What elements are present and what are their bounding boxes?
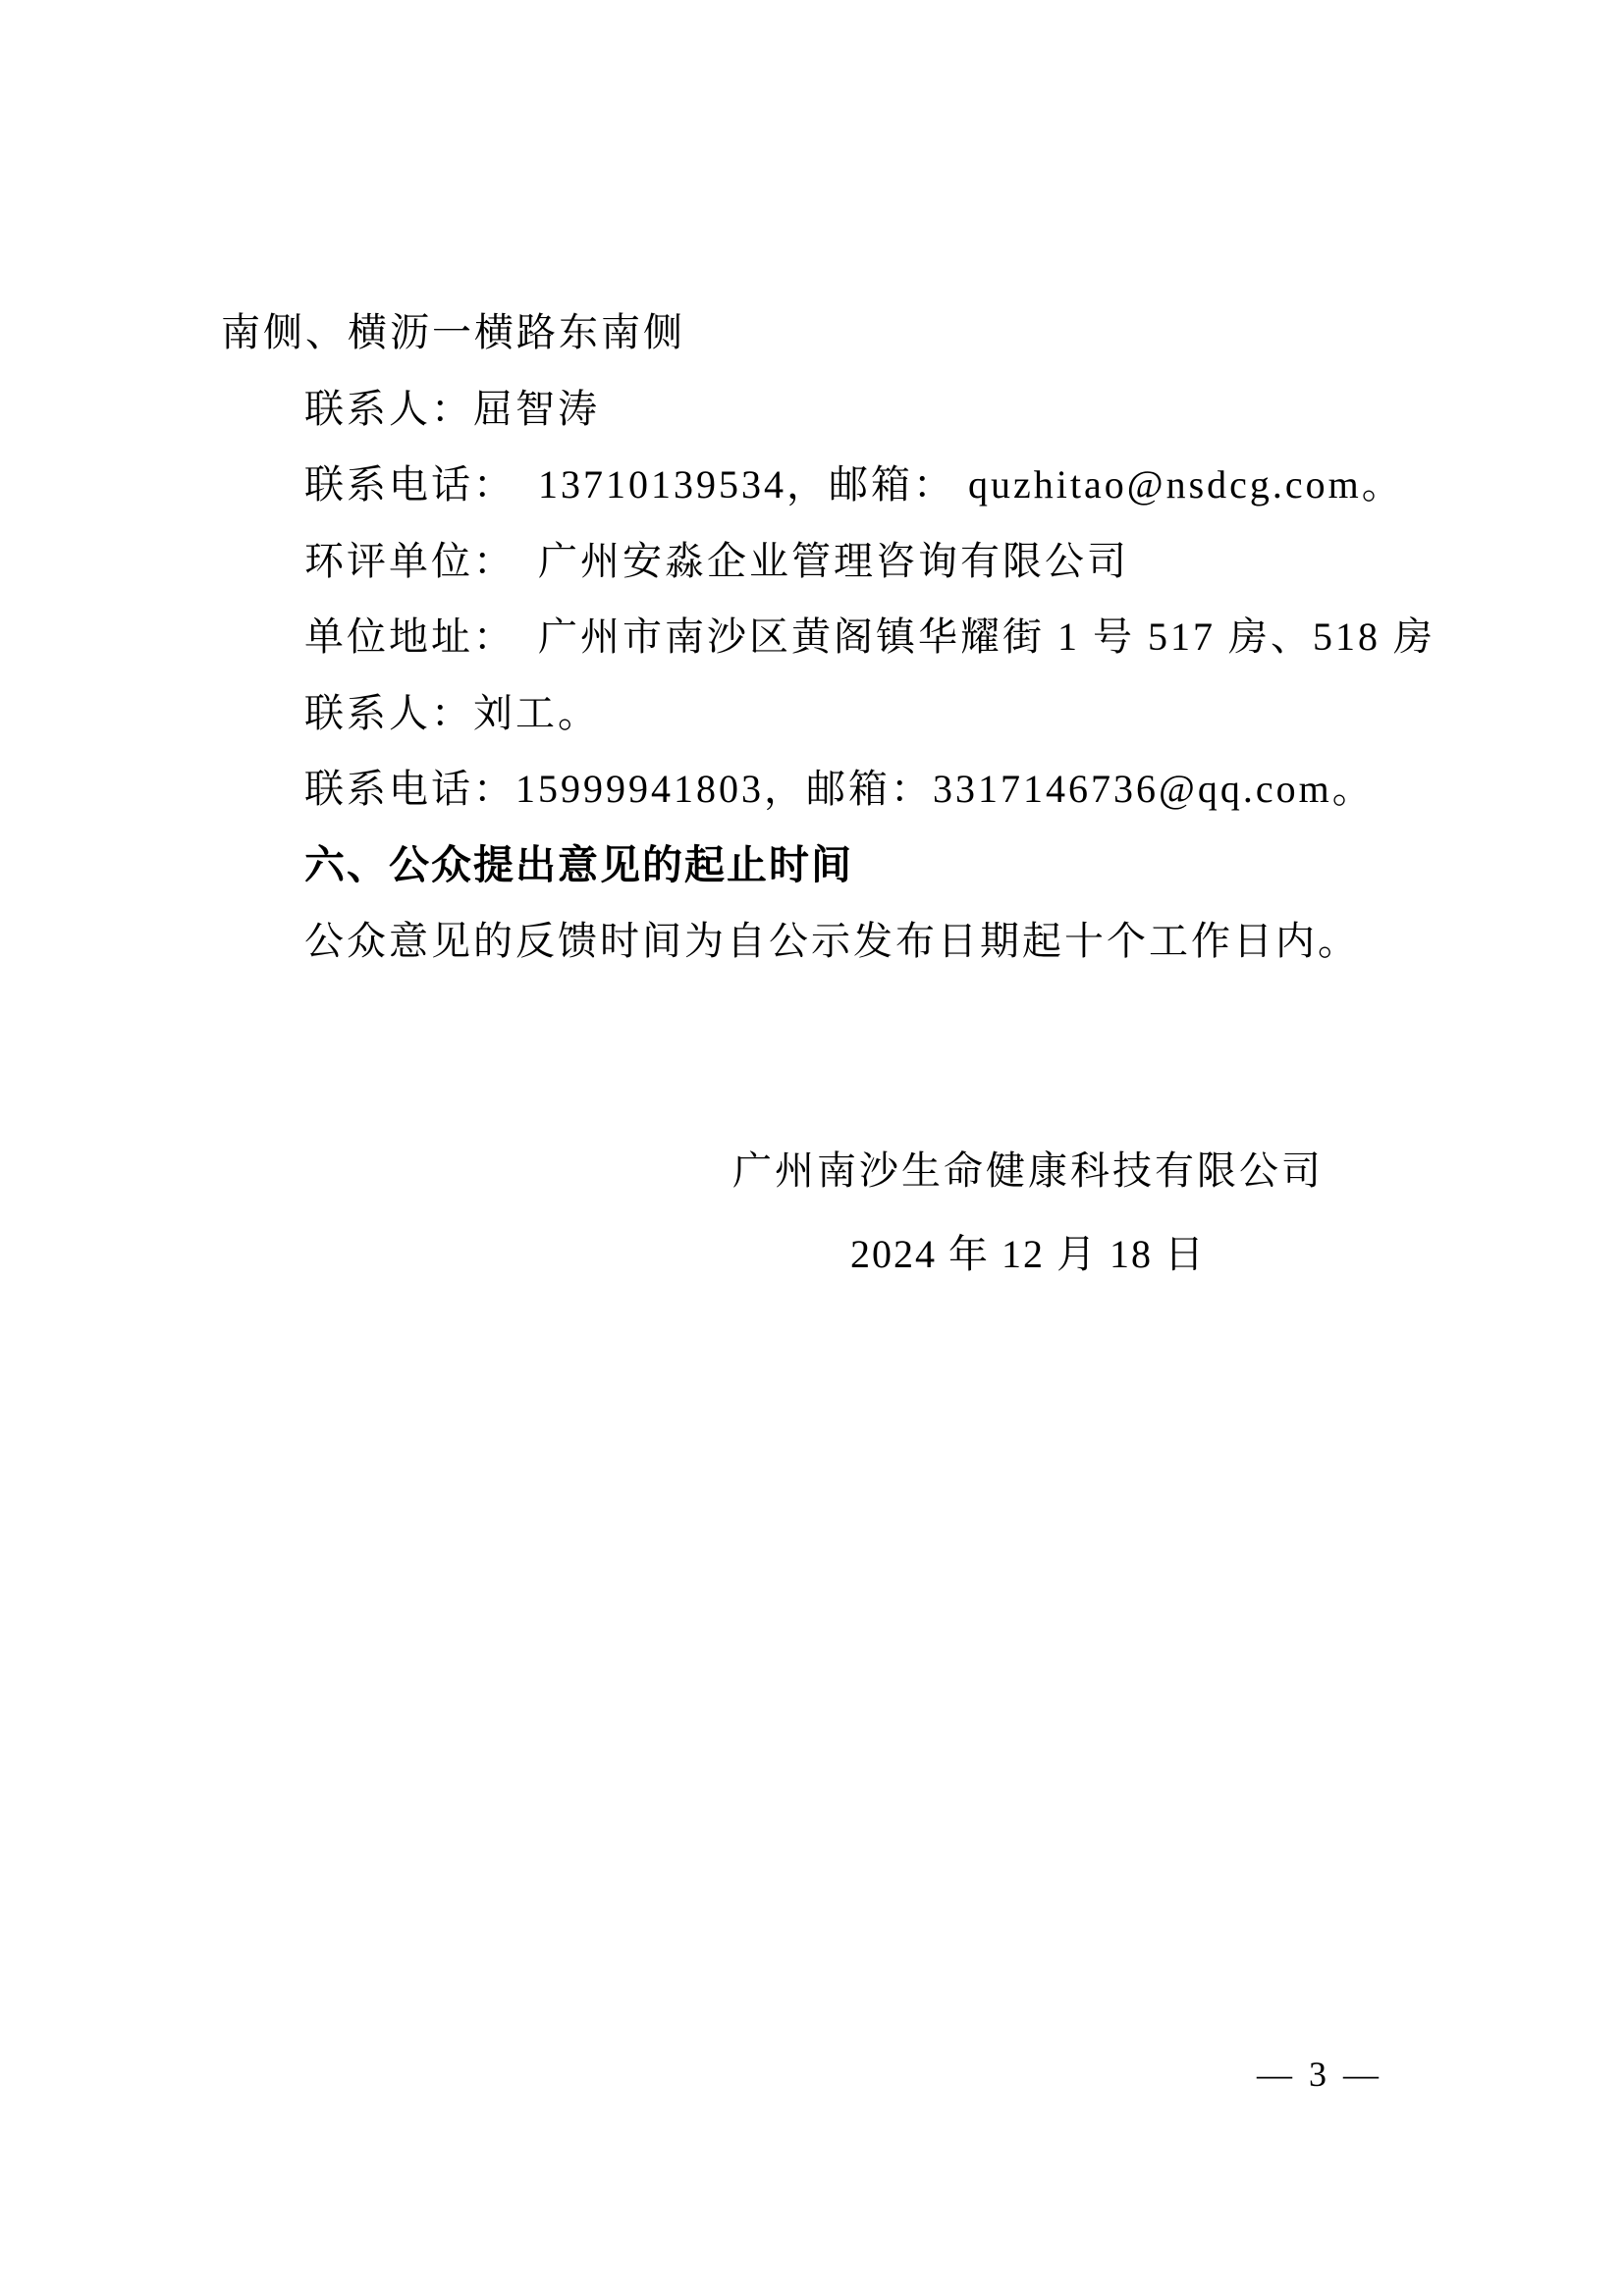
feedback-period-line: 公众意见的反馈时间为自公示发布日期起十个工作日内。 [221, 903, 1458, 980]
document-body: 南侧、横沥一横路东南侧 联系人：屈智涛 联系电话： 13710139534，邮箱… [221, 294, 1458, 980]
contact-phone-email-line: 联系电话： 13710139534，邮箱： quzhitao@nsdcg.com… [221, 447, 1458, 523]
agency-contact-person-line: 联系人：刘工。 [221, 675, 1458, 752]
signature-company-name: 广州南沙生命健康科技有限公司 [724, 1148, 1332, 1194]
signature-date: 2024 年 12 月 18 日 [724, 1235, 1332, 1274]
document-page: 南侧、横沥一横路东南侧 联系人：屈智涛 联系电话： 13710139534，邮箱… [0, 0, 1624, 2296]
agency-address-line: 单位地址： 广州市南沙区黄阁镇华耀街 1 号 517 房、518 房 [221, 599, 1458, 675]
contact-person-line: 联系人：屈智涛 [221, 371, 1458, 448]
signature-block: 广州南沙生命健康科技有限公司 2024 年 12 月 18 日 [724, 1148, 1332, 1274]
location-continuation-line: 南侧、横沥一横路东南侧 [221, 294, 1458, 371]
eia-agency-line: 环评单位： 广州安淼企业管理咨询有限公司 [221, 523, 1458, 600]
agency-phone-email-line: 联系电话：15999941803，邮箱：3317146736@qq.com。 [221, 751, 1458, 828]
page-number: — 3 — [1221, 2054, 1418, 2095]
section-six-heading: 六、公众提出意见的起止时间 [221, 828, 1458, 904]
